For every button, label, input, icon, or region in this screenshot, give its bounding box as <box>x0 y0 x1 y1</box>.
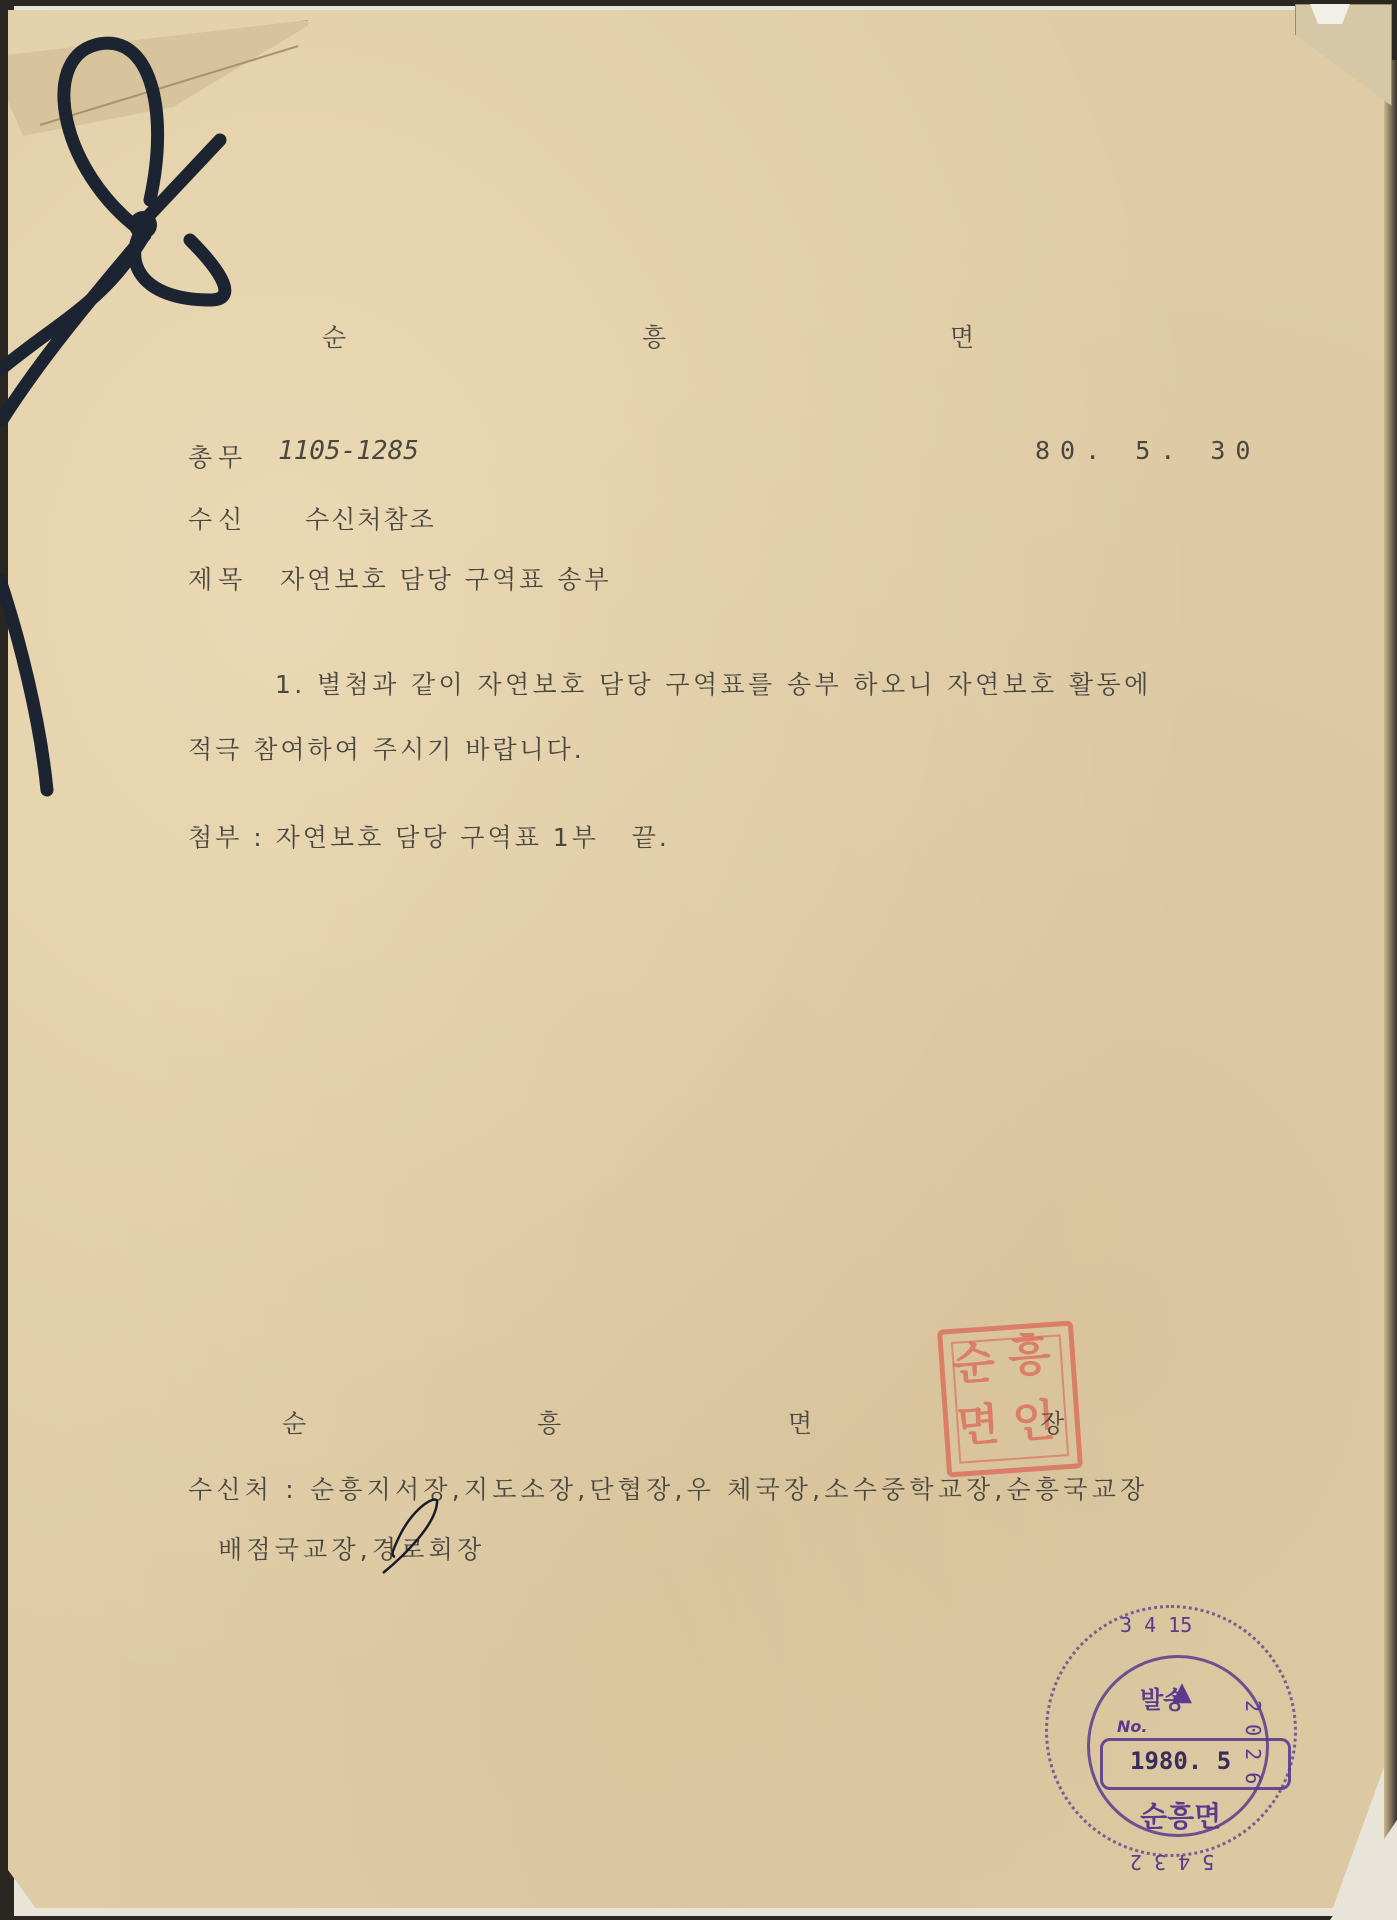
body-paragraph-line-2: 적극 참여하여 주시기 바랍니다. <box>188 730 585 766</box>
signature-char: 순 <box>282 1404 306 1440</box>
handwritten-check-mark-icon <box>375 1495 455 1580</box>
stamp-bottom-ticks: 5 4 3 2 <box>1130 1850 1214 1874</box>
doc-number-label: 총무 <box>188 438 248 474</box>
recipient-value: 수신처참조 <box>305 500 436 536</box>
seal-char: 면 <box>955 1403 1000 1450</box>
header-title-char: 순 <box>322 318 346 354</box>
recipient-label: 수신 <box>188 500 248 536</box>
up-arrow-icon: ▲ <box>1172 1677 1192 1707</box>
binding-string-icon <box>0 0 300 820</box>
page-stack-edge <box>1384 60 1397 1920</box>
stamp-date: 1980. 5 <box>1130 1747 1231 1775</box>
stamp-office: 순흥면 <box>1140 1795 1221 1835</box>
stamp-top-ticks: 3 4 15 <box>1120 1613 1192 1637</box>
dispatch-date-stamp: 3 4 15 2 0 2 6 5 4 3 2 발송 ▲ No. 1980. 5 … <box>1045 1605 1295 1855</box>
seal-char: 흥 <box>1007 1333 1052 1380</box>
signature-char: 흥 <box>537 1404 561 1440</box>
subject-label: 제목 <box>188 560 248 596</box>
body-paragraph-line-1: 1. 별첨과 같이 자연보호 담당 구역표를 송부 하오니 자연보호 활동에 <box>275 665 1152 701</box>
attachment-line: 첨부 : 자연보호 담당 구역표 1부 끝. <box>188 818 670 854</box>
doc-number: 1105-1285 <box>278 436 419 466</box>
seal-char: 순 <box>951 1341 996 1388</box>
header-title-char: 흥 <box>642 318 666 354</box>
stamp-right-ticks: 2 0 2 6 <box>1241 1700 1265 1784</box>
signature-char: 장 <box>1040 1404 1064 1440</box>
subject-value: 자연보호 담당 구역표 송부 <box>280 560 612 596</box>
doc-date: 80. 5. 30 <box>1035 436 1260 465</box>
header-title-char: 면 <box>950 318 974 354</box>
stamp-number-mark: No. <box>1117 1717 1147 1736</box>
official-red-seal: 순 흥 면 인 <box>937 1320 1083 1477</box>
signature-char: 면 <box>788 1404 812 1440</box>
distribution-list-line-1: 수신처 : 순흥지서장,지도소장,단협장,우 체국장,소수중학교장,순흥국교장 <box>188 1470 1148 1506</box>
